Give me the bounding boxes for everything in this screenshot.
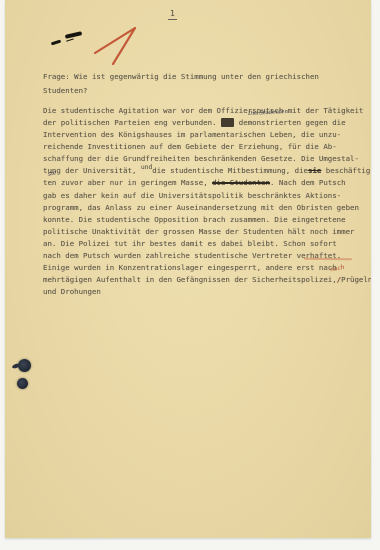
body-line: gab es daher kein auf die Universitätspo… xyxy=(43,191,341,200)
handwritten-red-mark xyxy=(89,22,147,68)
document-page: 1 Frage: Wie ist gegenwärtig die Stimmun… xyxy=(5,0,371,538)
body-line: nach dem Putsch wurden zahlreiche studen… xyxy=(43,251,341,260)
body-line: reichende Investitionen auf dem Gebiete … xyxy=(43,142,337,151)
body-line: schaffung der die Grundfreiheiten beschr… xyxy=(43,154,359,163)
strikethrough-text: die Studenten xyxy=(212,178,270,187)
body-text: tung der Universität, xyxy=(43,166,141,175)
punch-hole xyxy=(18,359,31,372)
body-line: konnte. Die studentische Opposition brac… xyxy=(43,215,346,224)
blackout-mark: Wer xyxy=(221,118,234,127)
body-text: ten xyxy=(43,178,61,187)
body-text: demonstrierten gegen die xyxy=(234,118,345,127)
question-line: Studenten? xyxy=(43,86,88,95)
body-text: . Nach dem Putsch xyxy=(270,178,346,187)
overstruck-text: sie xyxy=(308,166,321,175)
ink-smudge xyxy=(51,40,61,46)
body-text: zuvor aber nur in geringem Masse, xyxy=(61,178,212,187)
body-line: ten zuvor aber nur in geringem Masse, di… xyxy=(43,178,346,187)
body-line: mehrtägigen Aufenthalt in den Gefängniss… xyxy=(43,275,371,284)
page-number: 1 xyxy=(168,9,177,20)
body-text: mehrtägigen Aufenthalt in den Gefängniss… xyxy=(43,275,337,284)
body-text: Prügeln xyxy=(341,275,371,284)
body-line: Die studentische Agitation war vor dem O… xyxy=(43,106,363,115)
body-line: politische Unaktivität der grossen Masse… xyxy=(43,227,354,236)
handwritten-insertion: sie xyxy=(47,169,57,178)
body-line: Einige wurden in Konzentrationslager ein… xyxy=(43,263,337,272)
inserted-word: und xyxy=(141,164,152,171)
body-text: die studentische Mitbestimmung, die xyxy=(152,166,308,175)
body-line: der politischen Parteien eng verbunden. … xyxy=(43,118,346,127)
ink-smudge xyxy=(65,31,82,39)
body-line: programm, das Anlass zu einer Auseinande… xyxy=(43,203,359,212)
scanned-document: 1 Frage: Wie ist gegenwärtig die Stimmun… xyxy=(0,0,380,550)
question-line: Frage: Wie ist gegenwärtig die Stimmung … xyxy=(43,72,319,81)
body-text: beschäftig- xyxy=(321,166,371,175)
handwritten-insertion-red: nach xyxy=(330,264,346,273)
body-text: der politischen Parteien eng verbunden. xyxy=(43,118,221,127)
punch-hole xyxy=(17,378,28,389)
handwritten-insertion: Die Studenten xyxy=(248,109,288,117)
body-line: und Drohungen xyxy=(43,287,101,296)
body-line: Intervention des Königshauses im parlame… xyxy=(43,130,341,139)
body-line: tung der Universität, unddie studentisch… xyxy=(43,166,371,176)
body-line: an. Die Polizei tut ihr bestes damit es … xyxy=(43,239,337,248)
